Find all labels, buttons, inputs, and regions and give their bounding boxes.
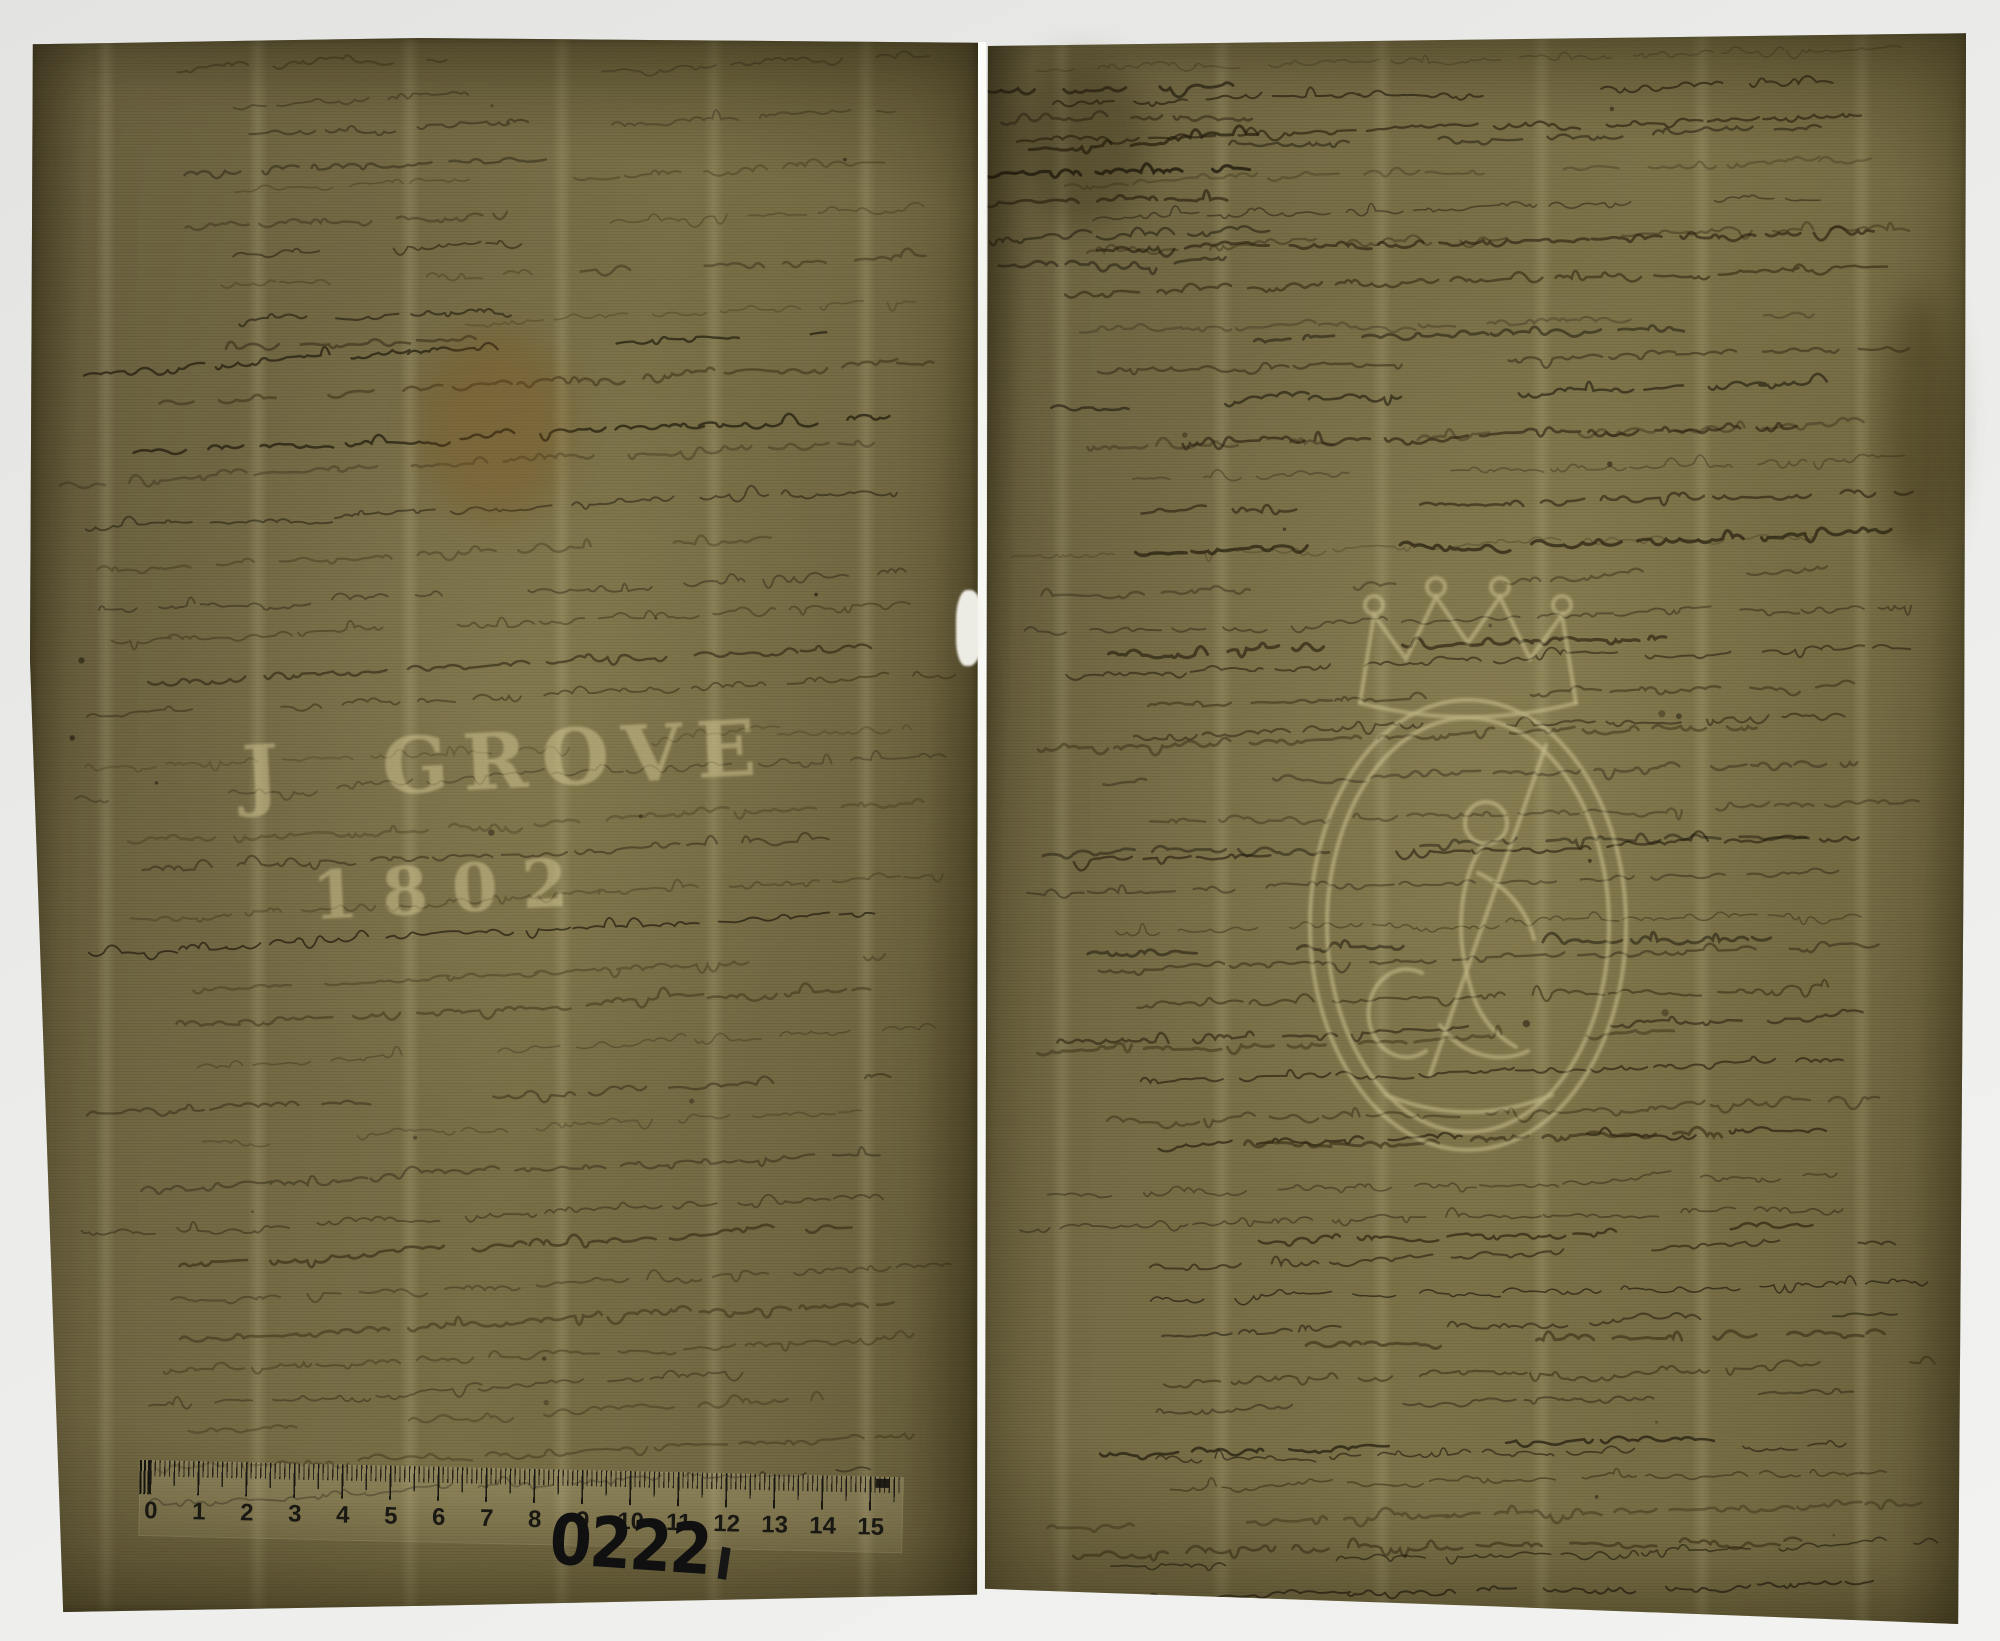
folio-number: 0222 — [548, 1512, 712, 1578]
ruler-label: 13 — [761, 1511, 788, 1540]
ruler-label: 6 — [432, 1504, 446, 1532]
ruler-label: 0 — [144, 1497, 158, 1525]
paper-stain — [1884, 290, 1954, 560]
paper-stain — [420, 330, 570, 520]
paper-stain — [1018, 58, 1148, 228]
folio-number-stamp: 0222 — [548, 1512, 731, 1579]
ruler-label: 4 — [336, 1501, 350, 1529]
ruler-label: 14 — [809, 1512, 836, 1541]
ruler-label: 8 — [528, 1506, 542, 1534]
manuscript-page-right — [982, 30, 1968, 1632]
britannia-watermark-icon — [1290, 555, 1640, 1200]
ruler-label: 3 — [288, 1500, 302, 1528]
papermaker-watermark-year: 1802 — [310, 843, 593, 936]
ruler-label: 7 — [480, 1505, 494, 1533]
ruler-label: 5 — [384, 1503, 398, 1531]
ruler-label: 1 — [192, 1498, 206, 1526]
handwriting-left — [0, 16, 1016, 1634]
manuscript-page-left: J GROVE 1802 — [30, 38, 978, 1612]
ruler-label: 15 — [857, 1513, 884, 1542]
ruler-label: 2 — [240, 1499, 254, 1527]
ruler-end-mark — [876, 1479, 890, 1488]
